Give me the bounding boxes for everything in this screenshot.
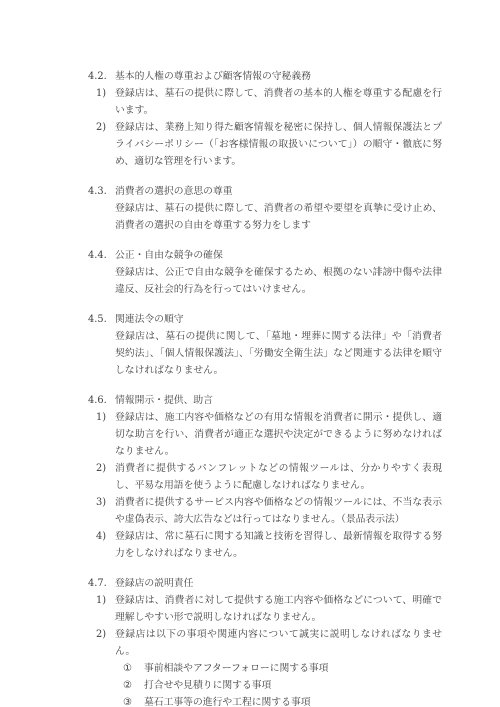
section-number: 4.7. bbox=[88, 575, 115, 592]
item-marker: 2) bbox=[96, 119, 115, 170]
item-text: 登録店は、業務上知り得た顧客情報を秘密に保持し、個人情報保護法とプライバシーポリ… bbox=[115, 119, 442, 170]
item-marker: 1) bbox=[96, 85, 115, 119]
list-item: 2) 消費者に提供するパンフレットなどの情報ツールは、分かりやすく表現し、平易な… bbox=[96, 460, 442, 494]
list-item: 2) 登録店は、業務上知り得た顧客情報を秘密に保持し、個人情報保護法とプライバシ… bbox=[96, 119, 442, 170]
section-4-6: 4.6. 情報開示・提供、助言 1) 登録店は、施工内容や価格などの有用な情報を… bbox=[88, 392, 442, 562]
section-items: 1) 登録店は、墓石の提供に際して、消費者の基本的人権を尊重する配慮を行います。… bbox=[96, 85, 442, 170]
subitem-text: 墓石工事等の進行や工程に関する事項 bbox=[144, 694, 442, 707]
document-page: 4.2. 基本的人権の尊重および顧客情報の守秘義務 1) 登録店は、墓石の提供に… bbox=[0, 0, 500, 707]
section-title: 公正・自由な競争の確保 bbox=[115, 247, 442, 264]
item-marker: 3) bbox=[96, 494, 115, 528]
list-item: 2) 登録店は以下の事項や関連内容について誠実に説明しなければなりません。 bbox=[96, 626, 442, 660]
subitem-marker: ② bbox=[123, 677, 144, 694]
section-4-7: 4.7. 登録店の説明責任 1) 登録店は、消費者に対して提供する施工内容や価格… bbox=[88, 575, 442, 707]
section-4-4: 4.4. 公正・自由な競争の確保 登録店は、公正で自由な競争を確保するため、根拠… bbox=[88, 247, 442, 298]
section-heading: 4.5. 関連法令の順守 bbox=[88, 311, 442, 328]
item-text: 登録店は以下の事項や関連内容について誠実に説明しなければなりません。 bbox=[115, 626, 442, 660]
section-number: 4.2. bbox=[88, 68, 115, 85]
section-title: 関連法令の順守 bbox=[115, 311, 442, 328]
list-item: 1) 登録店は、墓石の提供に際して、消費者の基本的人権を尊重する配慮を行います。 bbox=[96, 85, 442, 119]
subitem-marker: ① bbox=[123, 660, 144, 677]
subitem-text: 打合せや見積りに関する事項 bbox=[144, 677, 442, 694]
sub-list-item: ① 事前相談やアフターフォローに関する事項 bbox=[123, 660, 442, 677]
sub-list-item: ③ 墓石工事等の進行や工程に関する事項 bbox=[123, 694, 442, 707]
section-heading: 4.3. 消費者の選択の意思の尊重 bbox=[88, 183, 442, 200]
subitem-text: 事前相談やアフターフォローに関する事項 bbox=[144, 660, 442, 677]
section-heading: 4.6. 情報開示・提供、助言 bbox=[88, 392, 442, 409]
item-marker: 1) bbox=[96, 409, 115, 460]
list-item: 1) 登録店は、消費者に対して提供する施工内容や価格などについて、明確で理解しや… bbox=[96, 592, 442, 626]
section-title: 消費者の選択の意思の尊重 bbox=[115, 183, 442, 200]
item-marker: 1) bbox=[96, 592, 115, 626]
item-marker: 2) bbox=[96, 626, 115, 660]
section-number: 4.6. bbox=[88, 392, 115, 409]
item-text: 登録店は、墓石の提供に際して、消費者の基本的人権を尊重する配慮を行います。 bbox=[115, 85, 442, 119]
section-4-5: 4.5. 関連法令の順守 登録店は、墓石の提供に関して、「墓地・埋葬に関する法律… bbox=[88, 311, 442, 379]
section-4-3: 4.3. 消費者の選択の意思の尊重 登録店は、墓石の提供に際して、消費者の希望や… bbox=[88, 183, 442, 234]
list-item: 3) 消費者に提供するサービス内容や価格などの情報ツールには、不当な表示や虚偽表… bbox=[96, 494, 442, 528]
section-number: 4.3. bbox=[88, 183, 115, 200]
list-item: 1) 登録店は、施工内容や価格などの有用な情報を消費者に開示・提供し、適切な助言… bbox=[96, 409, 442, 460]
section-heading: 4.4. 公正・自由な競争の確保 bbox=[88, 247, 442, 264]
section-number: 4.4. bbox=[88, 247, 115, 264]
item-text: 登録店は、常に墓石に関する知識と技術を習得し、最新情報を取得する努力をしなければ… bbox=[115, 528, 442, 562]
sub-list: ① 事前相談やアフターフォローに関する事項 ② 打合せや見積りに関する事項 ③ … bbox=[123, 660, 442, 707]
item-text: 登録店は、施工内容や価格などの有用な情報を消費者に開示・提供し、適切な助言を行い… bbox=[115, 409, 442, 460]
section-items: 1) 登録店は、消費者に対して提供する施工内容や価格などについて、明確で理解しや… bbox=[96, 592, 442, 707]
item-text: 消費者に提供するパンフレットなどの情報ツールは、分かりやすく表現し、平易な用語を… bbox=[115, 460, 442, 494]
item-marker: 4) bbox=[96, 528, 115, 562]
list-item: 4) 登録店は、常に墓石に関する知識と技術を習得し、最新情報を取得する努力をしな… bbox=[96, 528, 442, 562]
section-heading: 4.2. 基本的人権の尊重および顧客情報の守秘義務 bbox=[88, 68, 442, 85]
section-body: 登録店は、墓石の提供に際して、消費者の希望や要望を真摯に受け止め、消費者の選択の… bbox=[115, 200, 442, 234]
section-items: 1) 登録店は、施工内容や価格などの有用な情報を消費者に開示・提供し、適切な助言… bbox=[96, 409, 442, 562]
item-marker: 2) bbox=[96, 460, 115, 494]
sub-list-item: ② 打合せや見積りに関する事項 bbox=[123, 677, 442, 694]
section-title: 基本的人権の尊重および顧客情報の守秘義務 bbox=[115, 68, 442, 85]
section-body: 登録店は、墓石の提供に関して、「墓地・埋葬に関する法律」や「消費者契約法」、「個… bbox=[115, 328, 442, 379]
section-heading: 4.7. 登録店の説明責任 bbox=[88, 575, 442, 592]
section-4-2: 4.2. 基本的人権の尊重および顧客情報の守秘義務 1) 登録店は、墓石の提供に… bbox=[88, 68, 442, 170]
section-body: 登録店は、公正で自由な競争を確保するため、根拠のない誹謗中傷や法律違反、反社会的… bbox=[115, 264, 442, 298]
section-title: 情報開示・提供、助言 bbox=[115, 392, 442, 409]
subitem-marker: ③ bbox=[123, 694, 144, 707]
item-text: 消費者に提供するサービス内容や価格などの情報ツールには、不当な表示や虚偽表示、誇… bbox=[115, 494, 442, 528]
item-text: 登録店は、消費者に対して提供する施工内容や価格などについて、明確で理解しやすい形… bbox=[115, 592, 442, 626]
section-number: 4.5. bbox=[88, 311, 115, 328]
section-title: 登録店の説明責任 bbox=[115, 575, 442, 592]
